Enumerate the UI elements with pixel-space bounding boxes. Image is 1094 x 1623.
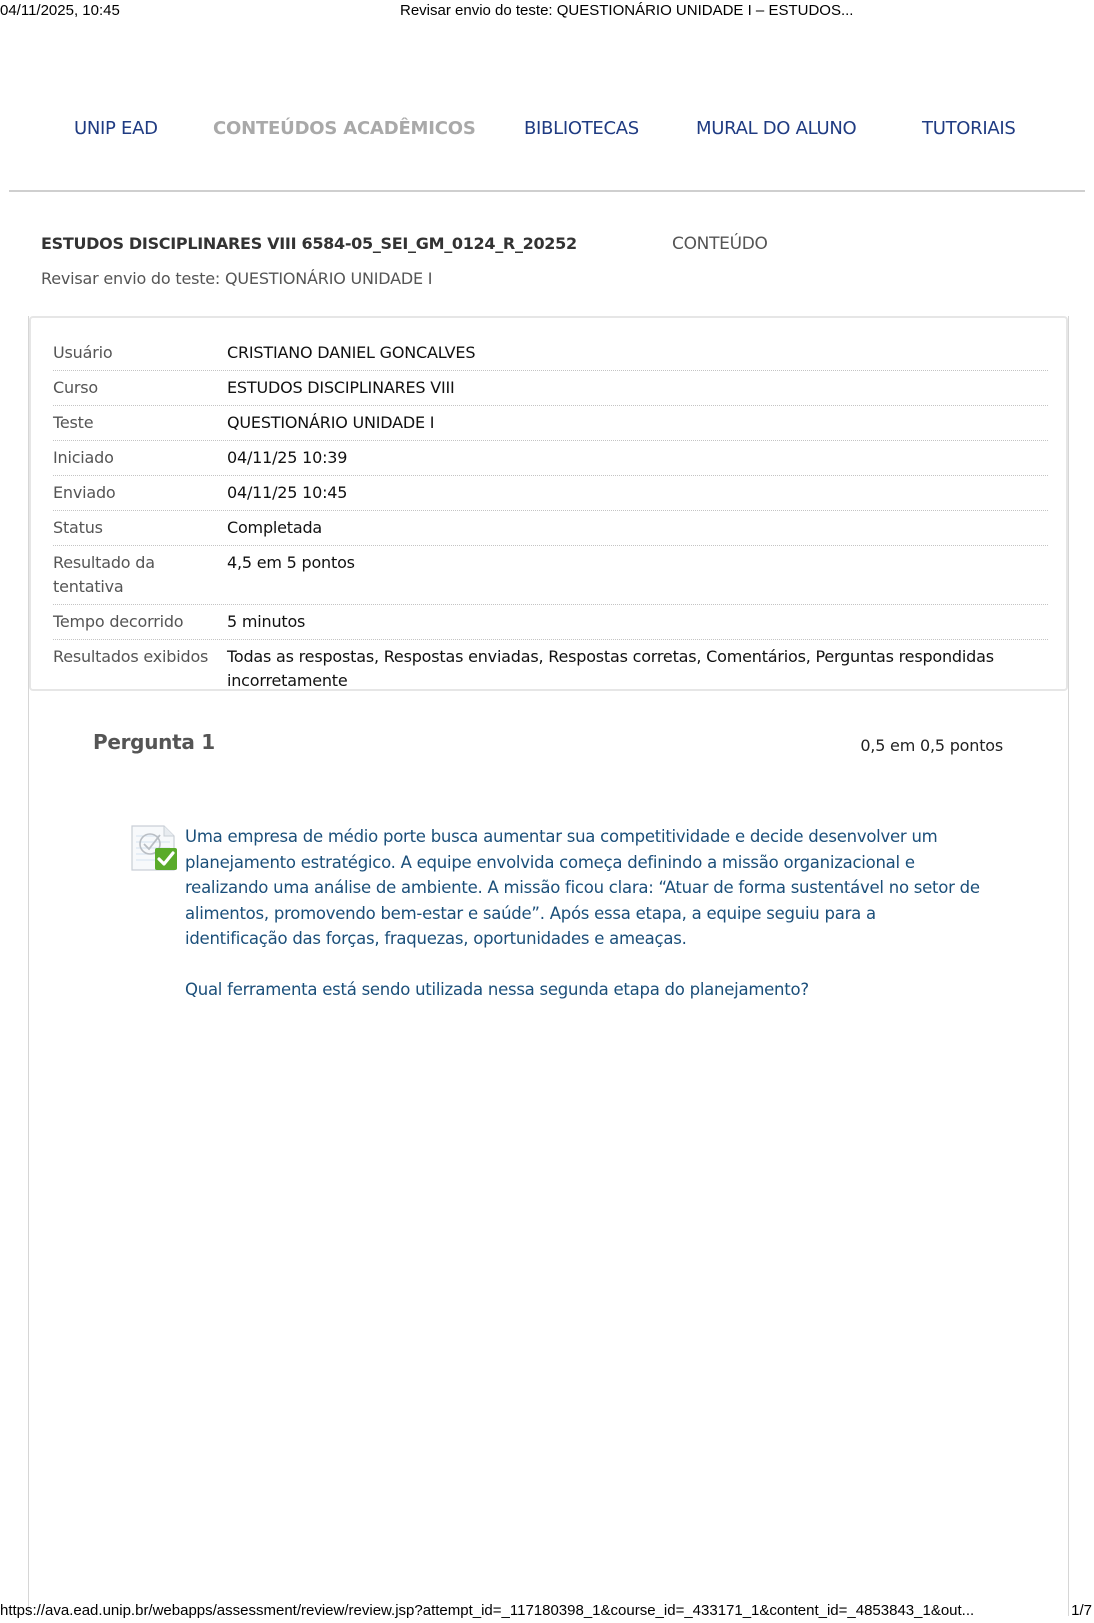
nav-divider (9, 190, 1085, 192)
print-page-number: 1/7 (1071, 1602, 1092, 1619)
correct-answer-icon (130, 824, 180, 874)
question-score: 0,5 em 0,5 pontos (860, 736, 1003, 755)
question-header: Pergunta 1 0,5 em 0,5 pontos (93, 730, 1003, 762)
status-value: Completada (227, 516, 1048, 540)
info-row-results-shown: Resultados exibidos Todas as respostas, … (53, 640, 1048, 698)
attempt-info-table: Usuário CRISTIANO DANIEL GONCALVES Curso… (53, 336, 1048, 698)
info-row-submitted: Enviado 04/11/25 10:45 (53, 476, 1048, 511)
nav-bibliotecas[interactable]: BIBLIOTECAS (524, 118, 639, 139)
nav-tutoriais[interactable]: TUTORIAIS (922, 118, 1016, 139)
page-title: Revisar envio do teste: QUESTIONÁRIO UNI… (41, 269, 432, 288)
question-prompt: Qual ferramenta está sendo utilizada nes… (185, 977, 980, 1003)
top-navigation: UNIP EAD CONTEÚDOS ACADÊMICOS BIBLIOTECA… (0, 118, 1094, 148)
nav-conteudos-academicos[interactable]: CONTEÚDOS ACADÊMICOS (213, 118, 476, 139)
nav-mural-do-aluno[interactable]: MURAL DO ALUNO (696, 118, 856, 139)
info-label: Tempo decorrido (53, 610, 227, 634)
info-label: Status (53, 516, 227, 540)
info-row-elapsed-time: Tempo decorrido 5 minutos (53, 605, 1048, 640)
info-label: Usuário (53, 341, 227, 365)
info-row-test: Teste QUESTIONÁRIO UNIDADE I (53, 406, 1048, 441)
breadcrumb-course[interactable]: ESTUDOS DISCIPLINARES VIII 6584-05_SEI_G… (41, 234, 577, 253)
info-value: 04/11/25 10:45 (227, 481, 1048, 505)
info-label: Resultados exibidos (53, 645, 227, 693)
info-value: Todas as respostas, Respostas enviadas, … (227, 645, 1048, 693)
info-label: Resultado da tentativa (53, 551, 213, 599)
info-value: 5 minutos (227, 610, 1048, 634)
info-value: CRISTIANO DANIEL GONCALVES (227, 341, 1048, 365)
info-value: 04/11/25 10:39 (227, 446, 1048, 470)
print-header: 04/11/2025, 10:45 Revisar envio do teste… (0, 0, 1094, 24)
info-label: Teste (53, 411, 227, 435)
question-text: Uma empresa de médio porte busca aumenta… (185, 824, 980, 952)
info-row-started: Iniciado 04/11/25 10:39 (53, 441, 1048, 476)
attempt-info-panel: Usuário CRISTIANO DANIEL GONCALVES Curso… (29, 316, 1068, 691)
info-row-user: Usuário CRISTIANO DANIEL GONCALVES (53, 336, 1048, 371)
info-row-course: Curso ESTUDOS DISCIPLINARES VIII (53, 371, 1048, 406)
print-datetime: 04/11/2025, 10:45 (0, 2, 120, 19)
info-row-attempt-score: Resultado da tentativa 4,5 em 5 pontos (53, 546, 1048, 605)
question-title: Pergunta 1 (93, 730, 215, 754)
info-label: Enviado (53, 481, 227, 505)
print-url: https://ava.ead.unip.br/webapps/assessme… (0, 1602, 974, 1619)
breadcrumb-content[interactable]: CONTEÚDO (672, 234, 768, 254)
attempt-score-value: 4,5 em 5 pontos (227, 551, 1048, 599)
nav-unip-ead[interactable]: UNIP EAD (74, 118, 158, 139)
print-document-title: Revisar envio do teste: QUESTIONÁRIO UNI… (400, 2, 853, 19)
print-footer: https://ava.ead.unip.br/webapps/assessme… (0, 1600, 1094, 1622)
info-label: Iniciado (53, 446, 227, 470)
info-row-status: Status Completada (53, 511, 1048, 546)
info-value: ESTUDOS DISCIPLINARES VIII (227, 376, 1048, 400)
info-value: QUESTIONÁRIO UNIDADE I (227, 411, 1048, 435)
info-label: Curso (53, 376, 227, 400)
